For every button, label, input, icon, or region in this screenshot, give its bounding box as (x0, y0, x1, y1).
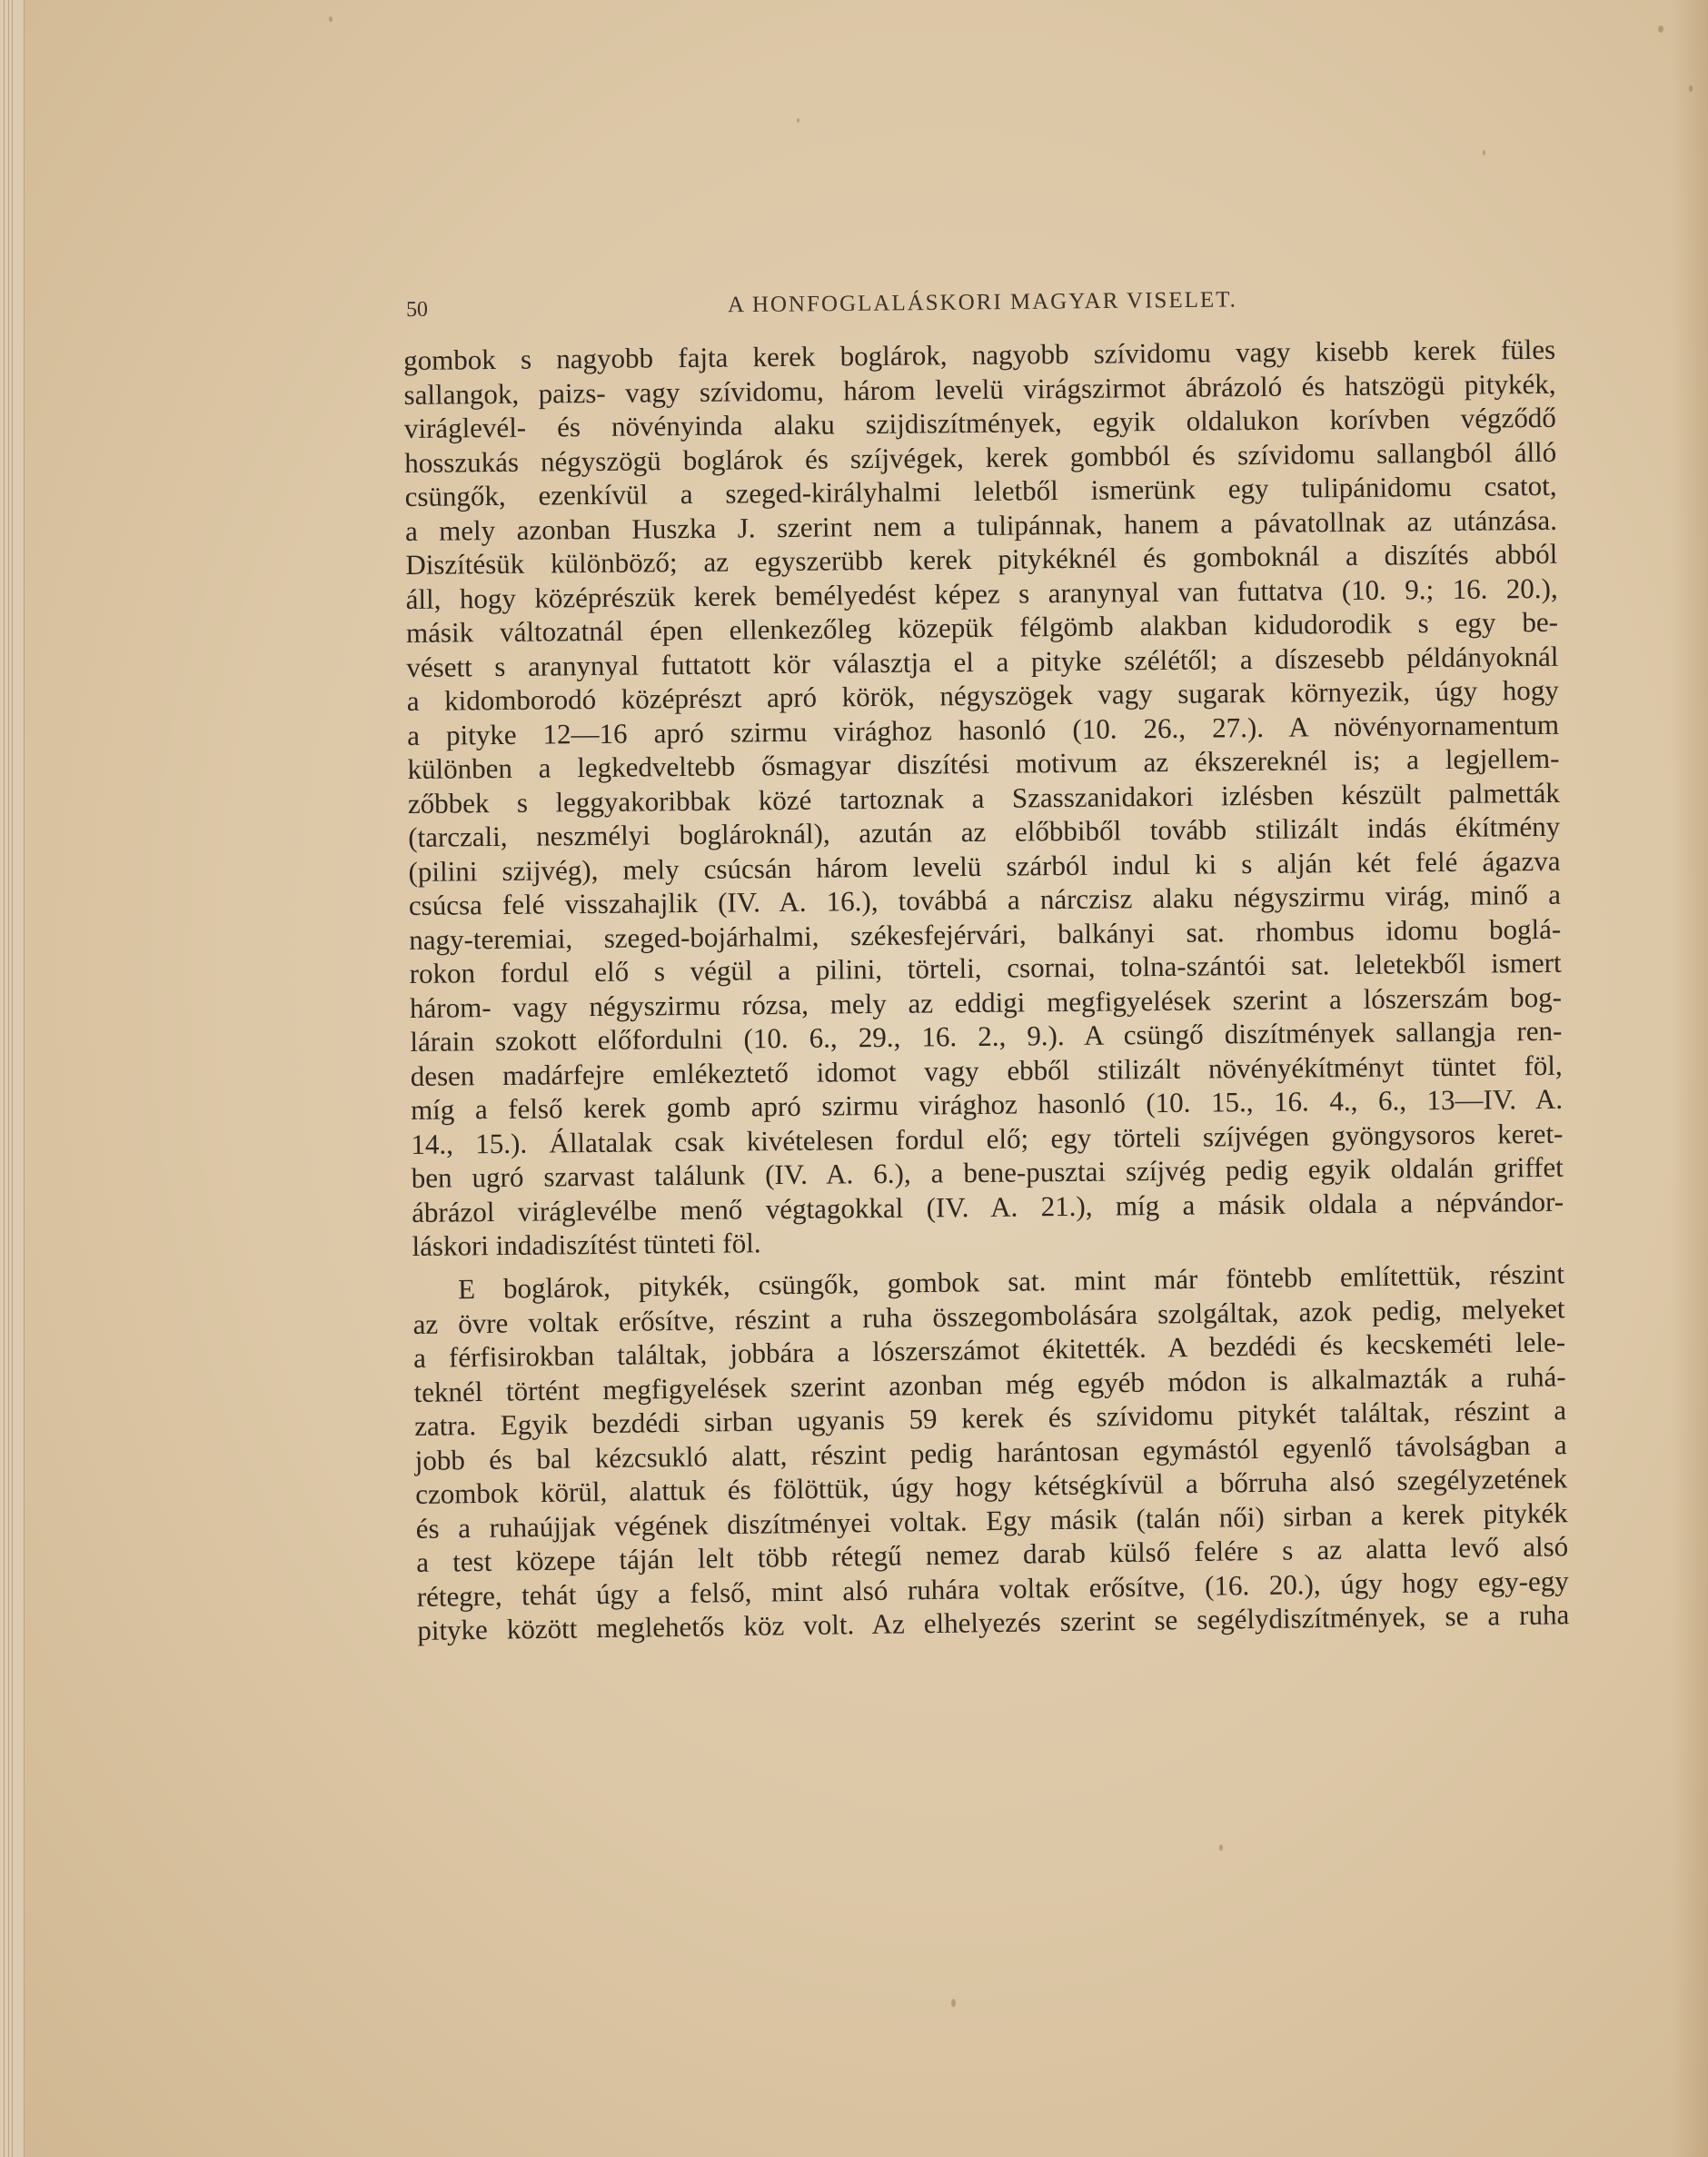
paper-speck (951, 1999, 956, 2007)
page-edge-line (4, 0, 5, 2157)
paper-speck (1483, 150, 1485, 155)
page-number: 50 (406, 298, 428, 323)
paper-speck (797, 118, 799, 123)
page-edge-line (12, 0, 13, 2157)
paper-speck (1658, 25, 1663, 33)
paper-speck (1219, 1844, 1223, 1851)
page-stack-edge (0, 0, 25, 2157)
running-title: A HONFOGLALÁSKORI MAGYAR VISELET. (728, 287, 1237, 318)
body-text: gombok s nagyobb fajta kerek boglárok, n… (403, 333, 1568, 1647)
paragraph-1: gombok s nagyobb fajta kerek boglárok, n… (403, 333, 1564, 1264)
page-edge-line (8, 0, 9, 2157)
paragraph-2: E boglárok, pitykék, csüngők, gombok sat… (412, 1257, 1570, 1647)
paper-speck (329, 16, 333, 22)
paper-speck (1689, 85, 1693, 92)
